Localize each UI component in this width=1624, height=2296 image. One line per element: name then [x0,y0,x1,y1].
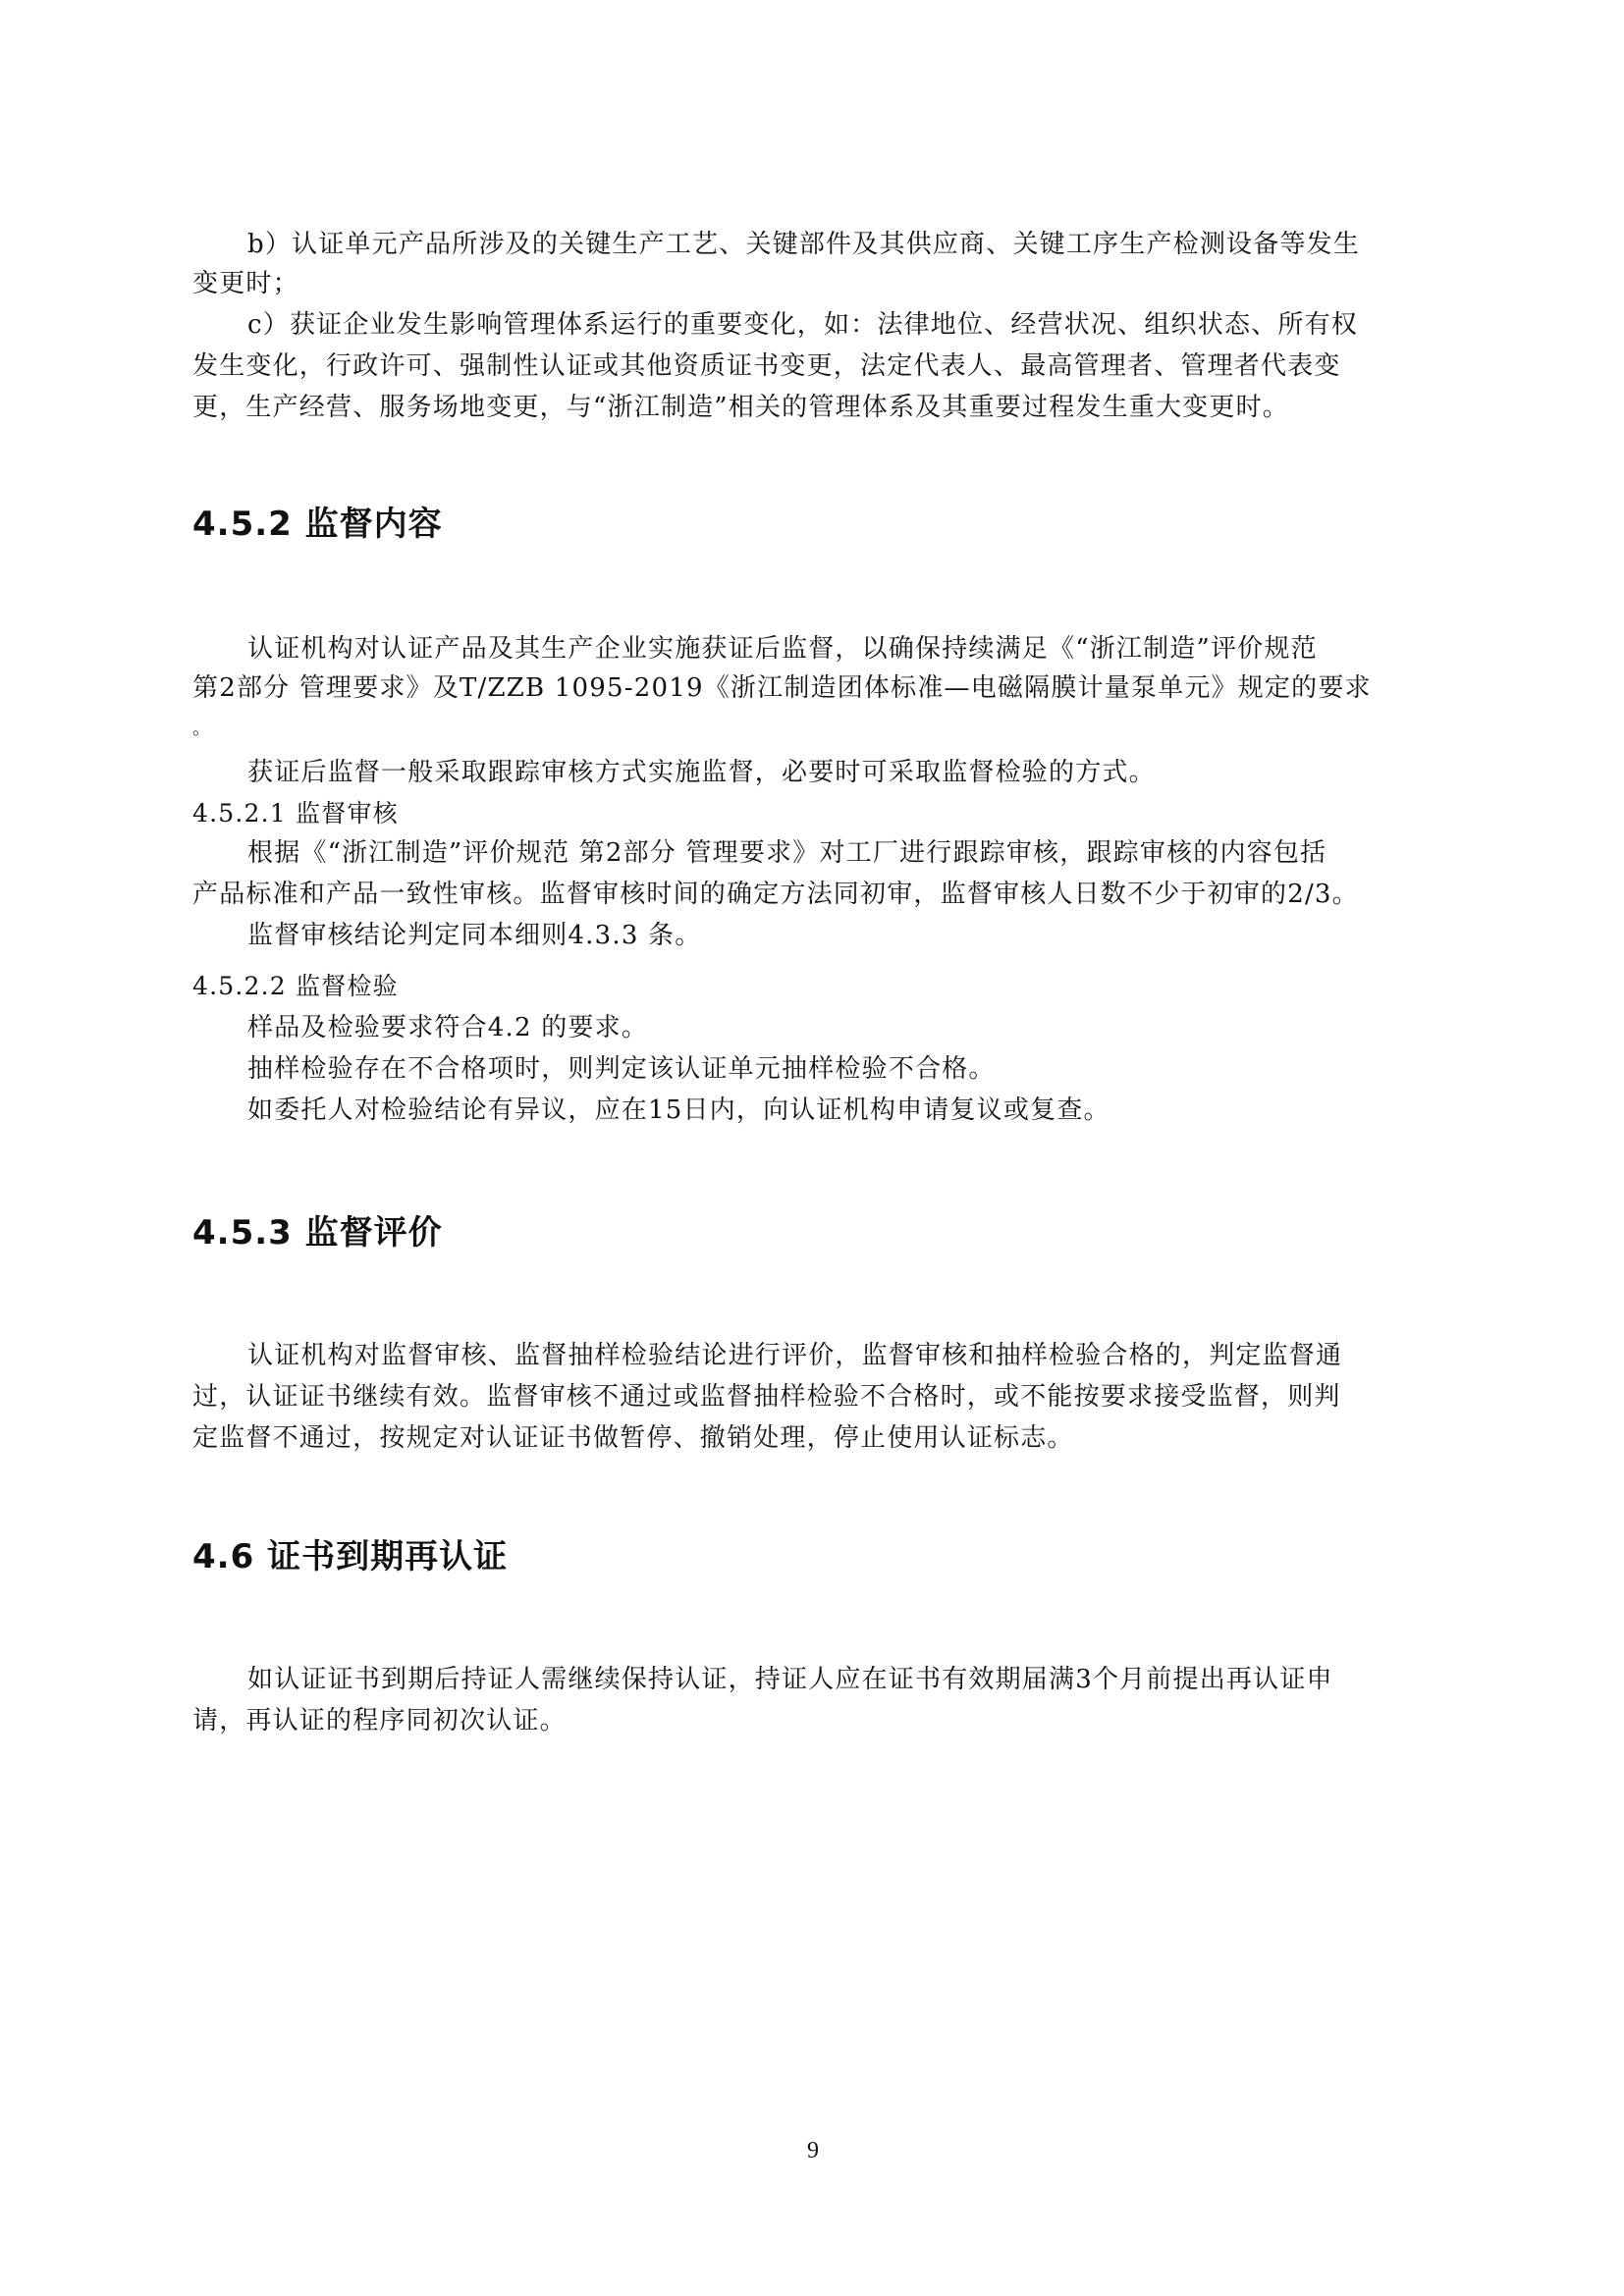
subsection-4-5-2-2-p1: 样品及检验要求符合4.2 的要求。 [247,1013,1432,1042]
item-b-line-2: 变更时； [192,269,1432,298]
page-number: 9 [807,2138,819,2164]
subsection-4-5-2-2-p3: 如委托人对检验结论有异议，应在15日内，向认证机构申请复议或复查。 [247,1095,1432,1125]
subsection-4-5-2-1-p1-line-2: 产品标准和产品一致性审核。监督审核时间的确定方法同初审，监督审核人日数不少于初审… [192,880,1432,909]
section-heading-4-6: 4.6 证书到期再认证 [192,1537,508,1576]
subsection-heading-4-5-2-1: 4.5.2.1 监督审核 [192,799,1432,828]
section-4-5-2-p2: 获证后监督一般采取跟踪审核方式实施监督，必要时可采取监督检验的方式。 [247,758,1432,787]
subsection-4-5-2-2-p2: 抽样检验存在不合格项时，则判定该认证单元抽样检验不合格。 [247,1054,1432,1084]
section-4-5-3-p1-line-3: 定监督不通过，按规定对认证证书做暂停、撤销处理，停止使用认证标志。 [192,1423,1432,1453]
subsection-heading-4-5-2-2: 4.5.2.2 监督检验 [192,972,1432,1001]
section-heading-4-5-3: 4.5.3 监督评价 [192,1213,443,1253]
item-c-line-3: 更，生产经营、服务场地变更，与“浙江制造”相关的管理体系及其重要过程发生重大变更… [192,393,1432,422]
item-c-line-2: 发生变化，行政许可、强制性认证或其他资质证书变更，法定代表人、最高管理者、管理者… [192,351,1432,381]
section-4-5-2-p1-line-3: 。 [192,715,1432,744]
item-b-line-1: b）认证单元产品所涉及的关键生产工艺、关键部件及其供应商、关键工序生产检测设备等… [247,230,1432,259]
section-4-6-p1-line-1: 如认证证书到期后持证人需继续保持认证，持证人应在证书有效期届满3个月前提出再认证… [247,1665,1432,1694]
item-c-line-1: c）获证企业发生影响管理体系运行的重要变化，如：法律地位、经营状况、组织状态、所… [247,310,1432,340]
subsection-4-5-2-1-p1-line-1: 根据《“浙江制造”评价规范 第2部分 管理要求》对工厂进行跟踪审核，跟踪审核的内… [247,838,1432,868]
section-4-5-3-p1-line-2: 过，认证证书继续有效。监督审核不通过或监督抽样检验不合格时，或不能按要求接受监督… [192,1382,1432,1412]
document-page: b）认证单元产品所涉及的关键生产工艺、关键部件及其供应商、关键工序生产检测设备等… [0,0,1624,2296]
section-4-6-p1-line-2: 请，再认证的程序同初次认证。 [192,1706,1432,1735]
subsection-4-5-2-1-p2: 监督审核结论判定同本细则4.3.3 条。 [247,921,1432,950]
section-heading-4-5-2: 4.5.2 监督内容 [192,505,443,544]
section-4-5-2-p1-line-2: 第2部分 管理要求》及T/ZZB 1095-2019《浙江制造团体标准—电磁隔膜… [192,673,1432,703]
section-4-5-3-p1-line-1: 认证机构对监督审核、监督抽样检验结论进行评价，监督审核和抽样检验合格的，判定监督… [247,1341,1432,1370]
section-4-5-2-p1-line-1: 认证机构对认证产品及其生产企业实施获证后监督，以确保持续满足《“浙江制造”评价规… [247,634,1432,664]
